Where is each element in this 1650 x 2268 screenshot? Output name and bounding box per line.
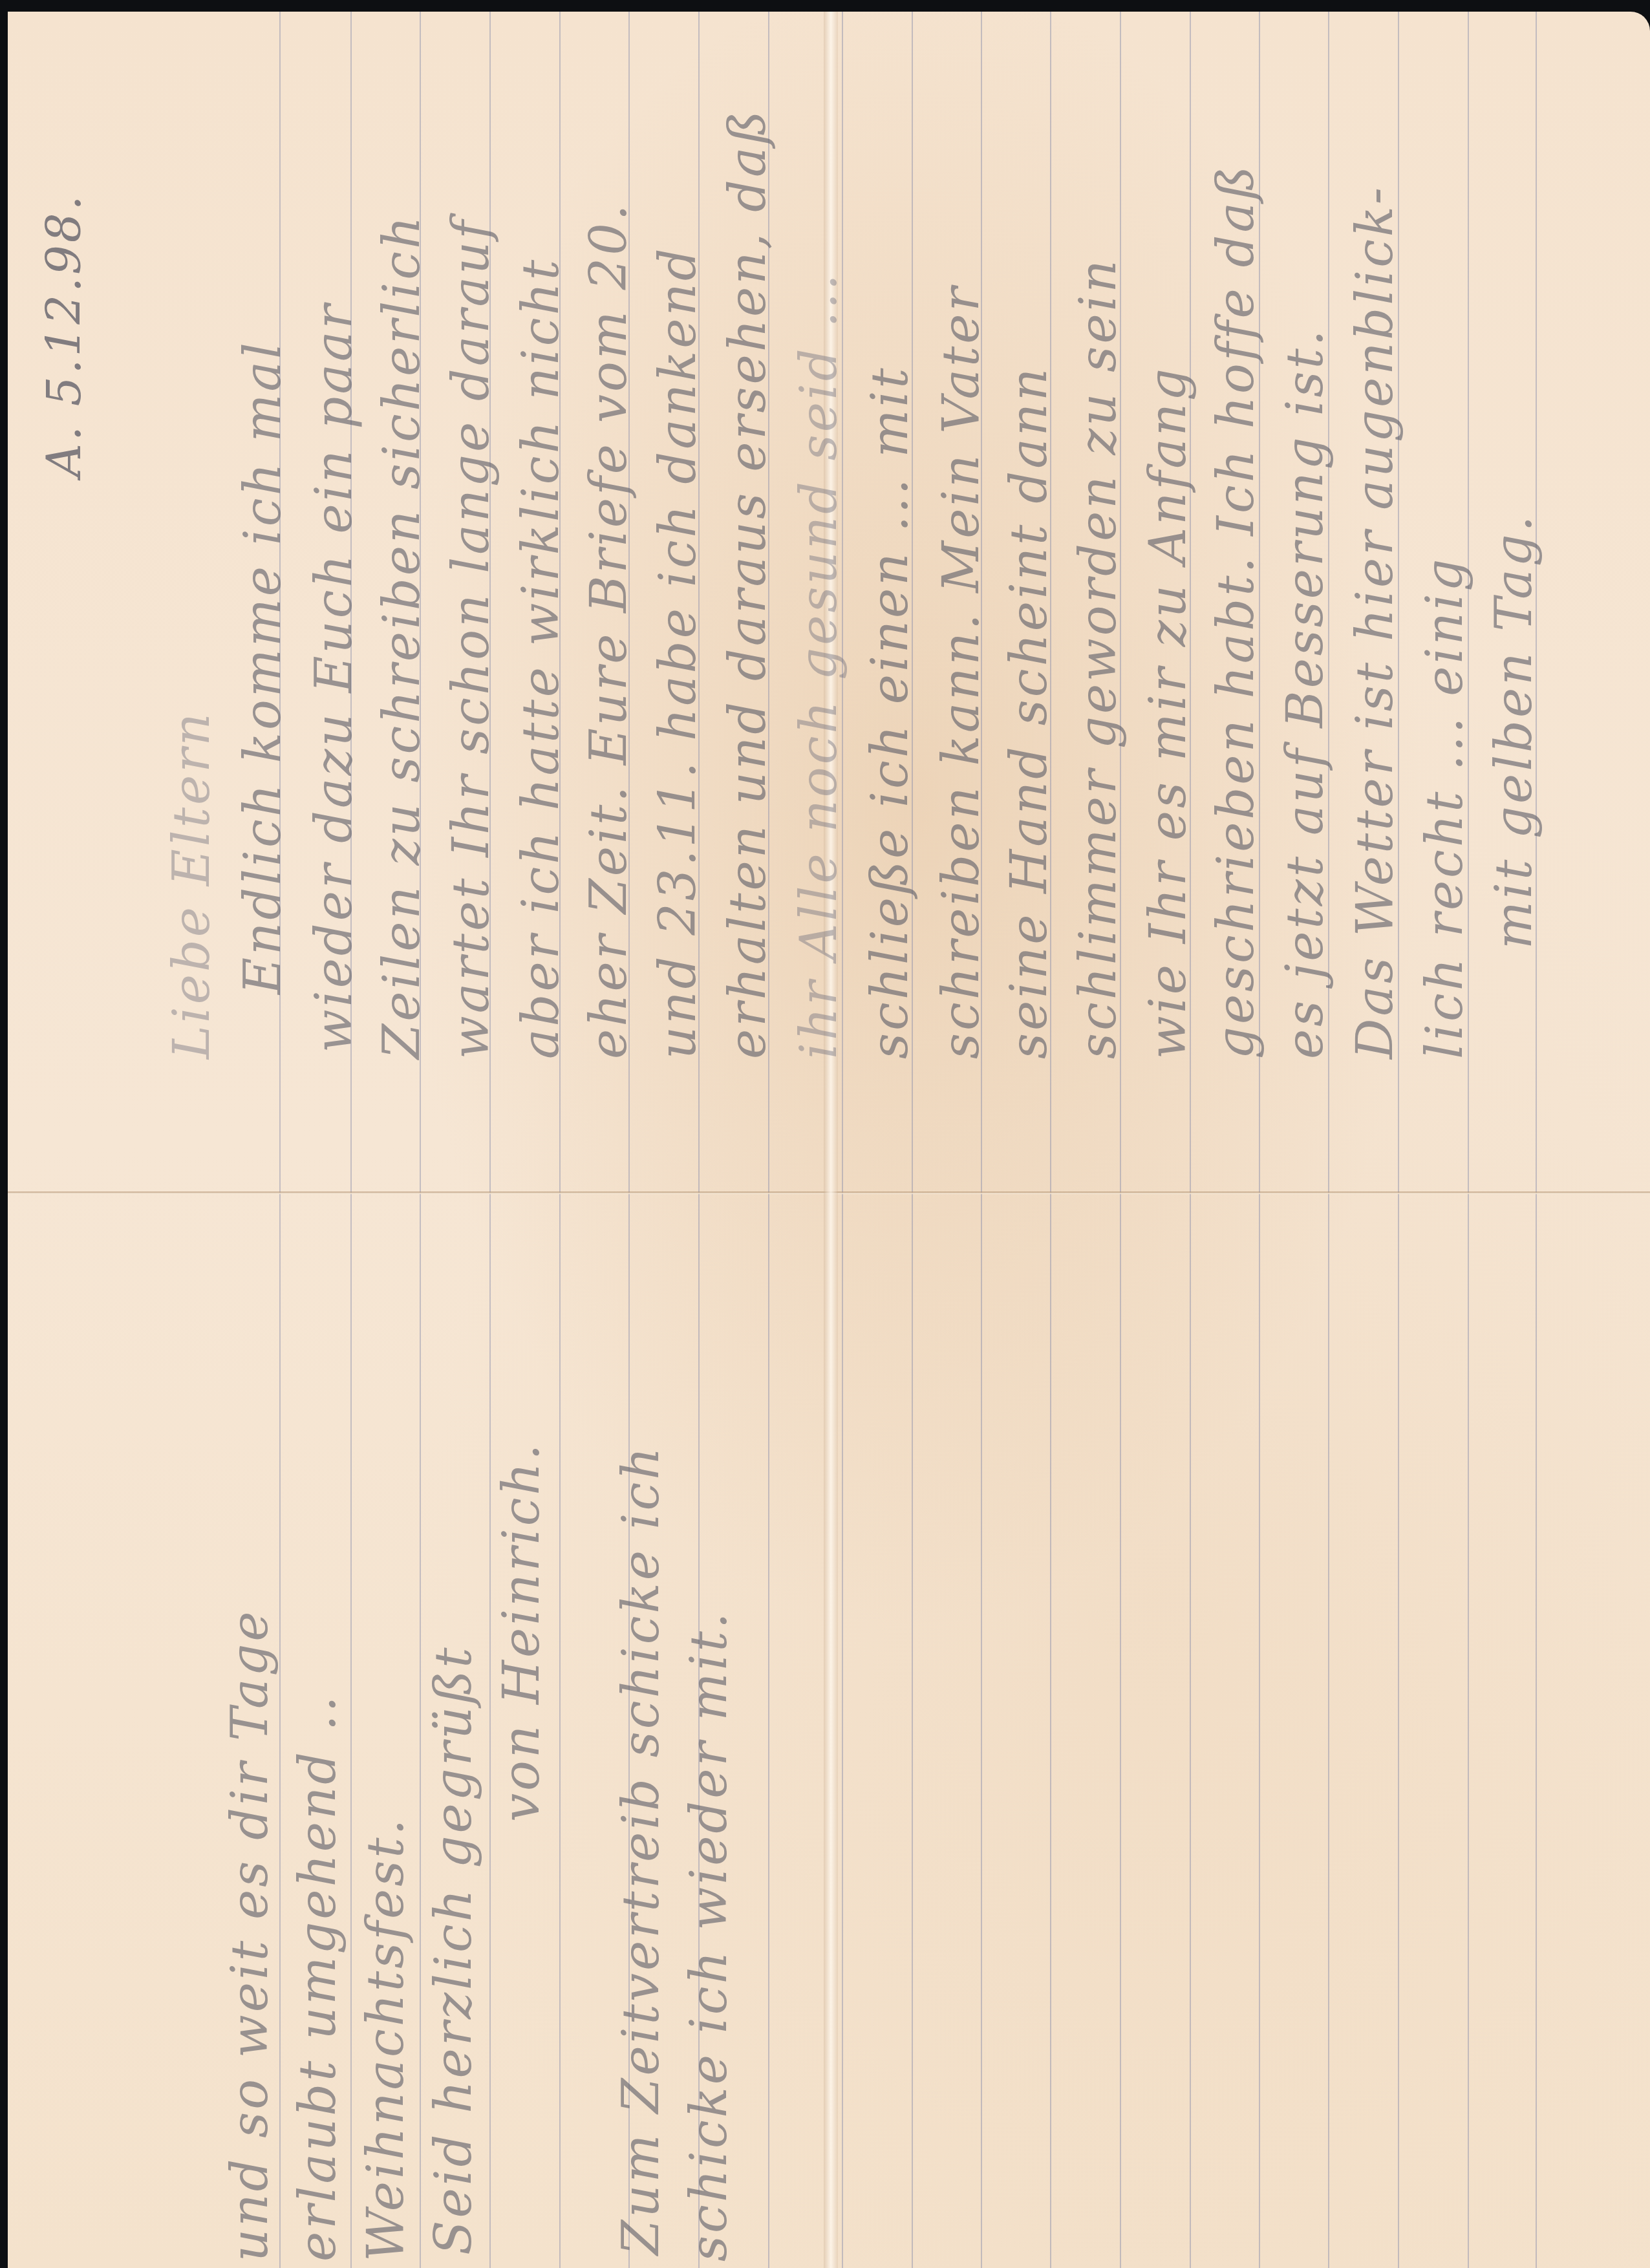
continuation-line: Weihnachtsfest. <box>357 1817 415 2262</box>
ruled-line <box>1536 12 1537 2268</box>
body-line: Zeilen zu schreiben sicherlich <box>373 214 431 1059</box>
postscript-line: schicke ich wieder mit. <box>680 1610 738 2262</box>
body-line: aber ich hatte wirklich nicht <box>512 257 570 1059</box>
continuation-line: und so weit es dir Tage <box>221 1609 279 2262</box>
body-line: seine Hand scheint dann <box>1000 366 1058 1059</box>
body-line: es jetzt auf Besserung ist. <box>1276 327 1334 1059</box>
body-line: Das Wetter ist hier augenblick- <box>1346 185 1404 1059</box>
closing-line: Seid herzlich gegrüßt <box>425 1645 483 2255</box>
ruled-line <box>1468 12 1469 2268</box>
postscript-line: Zum Zeitvertreib schicke ich <box>612 1445 670 2255</box>
body-line: lich recht ... einig <box>1416 556 1474 1059</box>
body-line: Endlich komme ich mal <box>234 340 292 994</box>
ruled-line <box>912 12 913 2268</box>
letter-sheet: A. 5.12.98. Liebe Eltern Endlich komme i… <box>8 12 1650 2268</box>
signature: von Heinrich. <box>493 1442 551 1822</box>
letter-date: A. 5.12.98. <box>37 193 91 477</box>
ruled-line <box>1050 12 1051 2268</box>
body-line: erhalten und daraus ersehen, daß <box>719 108 777 1059</box>
body-line: eher Zeit. Eure Briefe vom 20. <box>580 202 638 1059</box>
body-line: schlimmer geworden zu sein <box>1069 257 1128 1059</box>
body-line: geschrieben habt. Ich hoffe daß <box>1207 164 1265 1059</box>
body-line: ihr Alle noch gesund seid ... <box>790 272 848 1059</box>
body-line: wieder dazu Euch ein paar <box>305 302 363 1053</box>
body-line: schreiben kann. Mein Vater <box>932 284 991 1059</box>
continuation-line: erlaubt umgehend .. <box>289 1694 347 2262</box>
body-line: wie Ihr es mir zu Anfang <box>1139 366 1197 1059</box>
body-line: wartet Ihr schon lange darauf <box>442 218 500 1059</box>
body-line: und 23.11. habe ich dankend <box>649 246 707 1059</box>
salutation: Liebe Eltern <box>163 711 221 1059</box>
body-line: mit gelben Tag. <box>1485 513 1543 949</box>
body-line: schließe ich einen ... mit <box>861 365 919 1059</box>
ruled-line <box>1190 12 1191 2268</box>
